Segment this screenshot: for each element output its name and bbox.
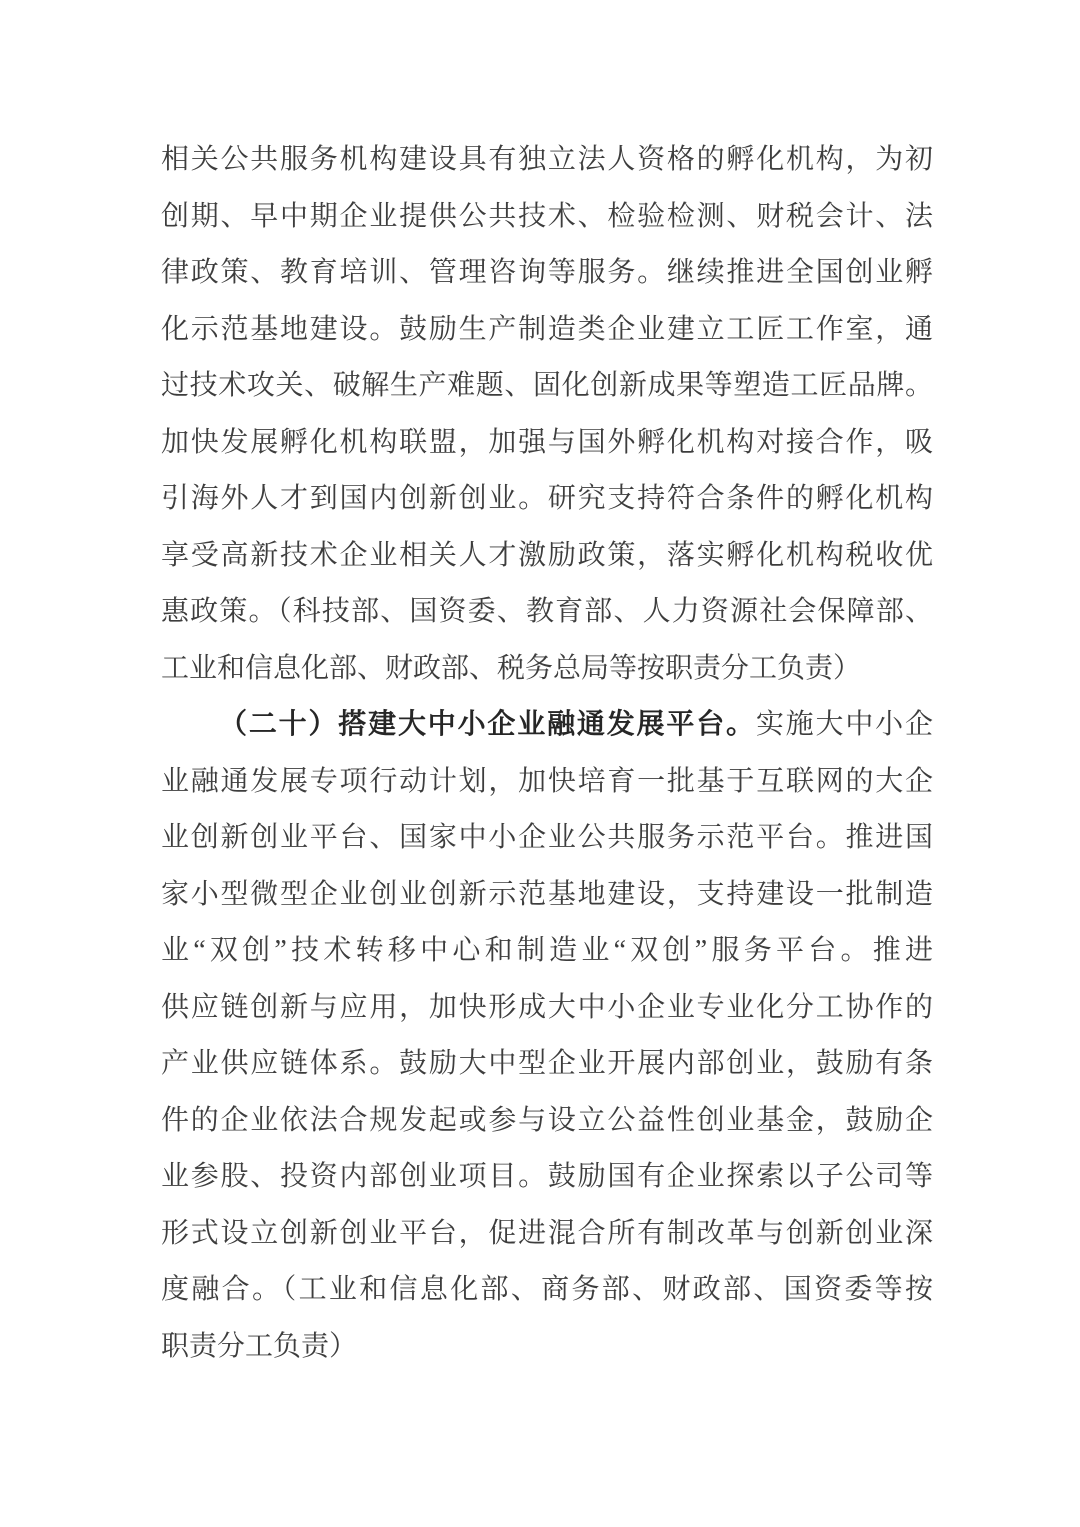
text-line: 加快发展孵化机构联盟，加强与国外孵化机构对接合作，吸 xyxy=(161,415,933,472)
section-body-start: 实施大中小企 xyxy=(756,709,933,740)
text-line: 过技术攻关、破解生产难题、固化创新成果等塑造工匠品牌。 xyxy=(161,358,933,415)
text-line: 律政策、教育培训、管理咨询等服务。继续推进全国创业孵 xyxy=(161,245,933,302)
paragraph-section-20-rest: 业融通发展专项行动计划，加快培育一批基于互联网的大企业创新创业平台、国家中小企业… xyxy=(161,754,933,1376)
section-heading: （二十）搭建大中小企业融通发展平台。 xyxy=(219,709,756,740)
text-line: 职责分工负责） xyxy=(161,1319,933,1376)
text-line: 件的企业依法合规发起或参与设立公益性创业基金，鼓励企 xyxy=(161,1093,933,1150)
text-line: 业融通发展专项行动计划，加快培育一批基于互联网的大企 xyxy=(161,754,933,811)
text-line: 工业和信息化部、财政部、税务总局等按职责分工负责） xyxy=(161,641,933,698)
text-line: 惠政策。（科技部、国资委、教育部、人力资源社会保障部、 xyxy=(161,584,933,641)
paragraph-section-20: （二十）搭建大中小企业融通发展平台。实施大中小企 业融通发展专项行动计划，加快培… xyxy=(161,697,933,1375)
paragraph-section-20-first-line: （二十）搭建大中小企业融通发展平台。实施大中小企 xyxy=(161,697,933,754)
text-line: 产业供应链体系。鼓励大中型企业开展内部创业，鼓励有条 xyxy=(161,1036,933,1093)
document-body: 相关公共服务机构建设具有独立法人资格的孵化机构，为初创期、早中期企业提供公共技术… xyxy=(161,132,933,1375)
text-line: 创期、早中期企业提供公共技术、检验检测、财税会计、法 xyxy=(161,189,933,246)
text-line: 化示范基地建设。鼓励生产制造类企业建立工匠工作室，通 xyxy=(161,302,933,359)
text-line: 业创新创业平台、国家中小企业公共服务示范平台。推进国 xyxy=(161,810,933,867)
text-line: 业“双创”技术转移中心和制造业“双创”服务平台。推进 xyxy=(161,923,933,980)
text-line: 度融合。（工业和信息化部、商务部、财政部、国资委等按 xyxy=(161,1262,933,1319)
document-page: 相关公共服务机构建设具有独立法人资格的孵化机构，为初创期、早中期企业提供公共技术… xyxy=(0,0,1080,1527)
text-line: 供应链创新与应用，加快形成大中小企业专业化分工协作的 xyxy=(161,980,933,1037)
text-line: 家小型微型企业创业创新示范基地建设，支持建设一批制造 xyxy=(161,867,933,924)
text-line: 业参股、投资内部创业项目。鼓励国有企业探索以子公司等 xyxy=(161,1149,933,1206)
text-line: 引海外人才到国内创新创业。研究支持符合条件的孵化机构 xyxy=(161,471,933,528)
text-line: 形式设立创新创业平台，促进混合所有制改革与创新创业深 xyxy=(161,1206,933,1263)
text-line: 相关公共服务机构建设具有独立法人资格的孵化机构，为初 xyxy=(161,132,933,189)
text-line: 享受高新技术企业相关人才激励政策，落实孵化机构税收优 xyxy=(161,528,933,585)
paragraph-continuation: 相关公共服务机构建设具有独立法人资格的孵化机构，为初创期、早中期企业提供公共技术… xyxy=(161,132,933,697)
